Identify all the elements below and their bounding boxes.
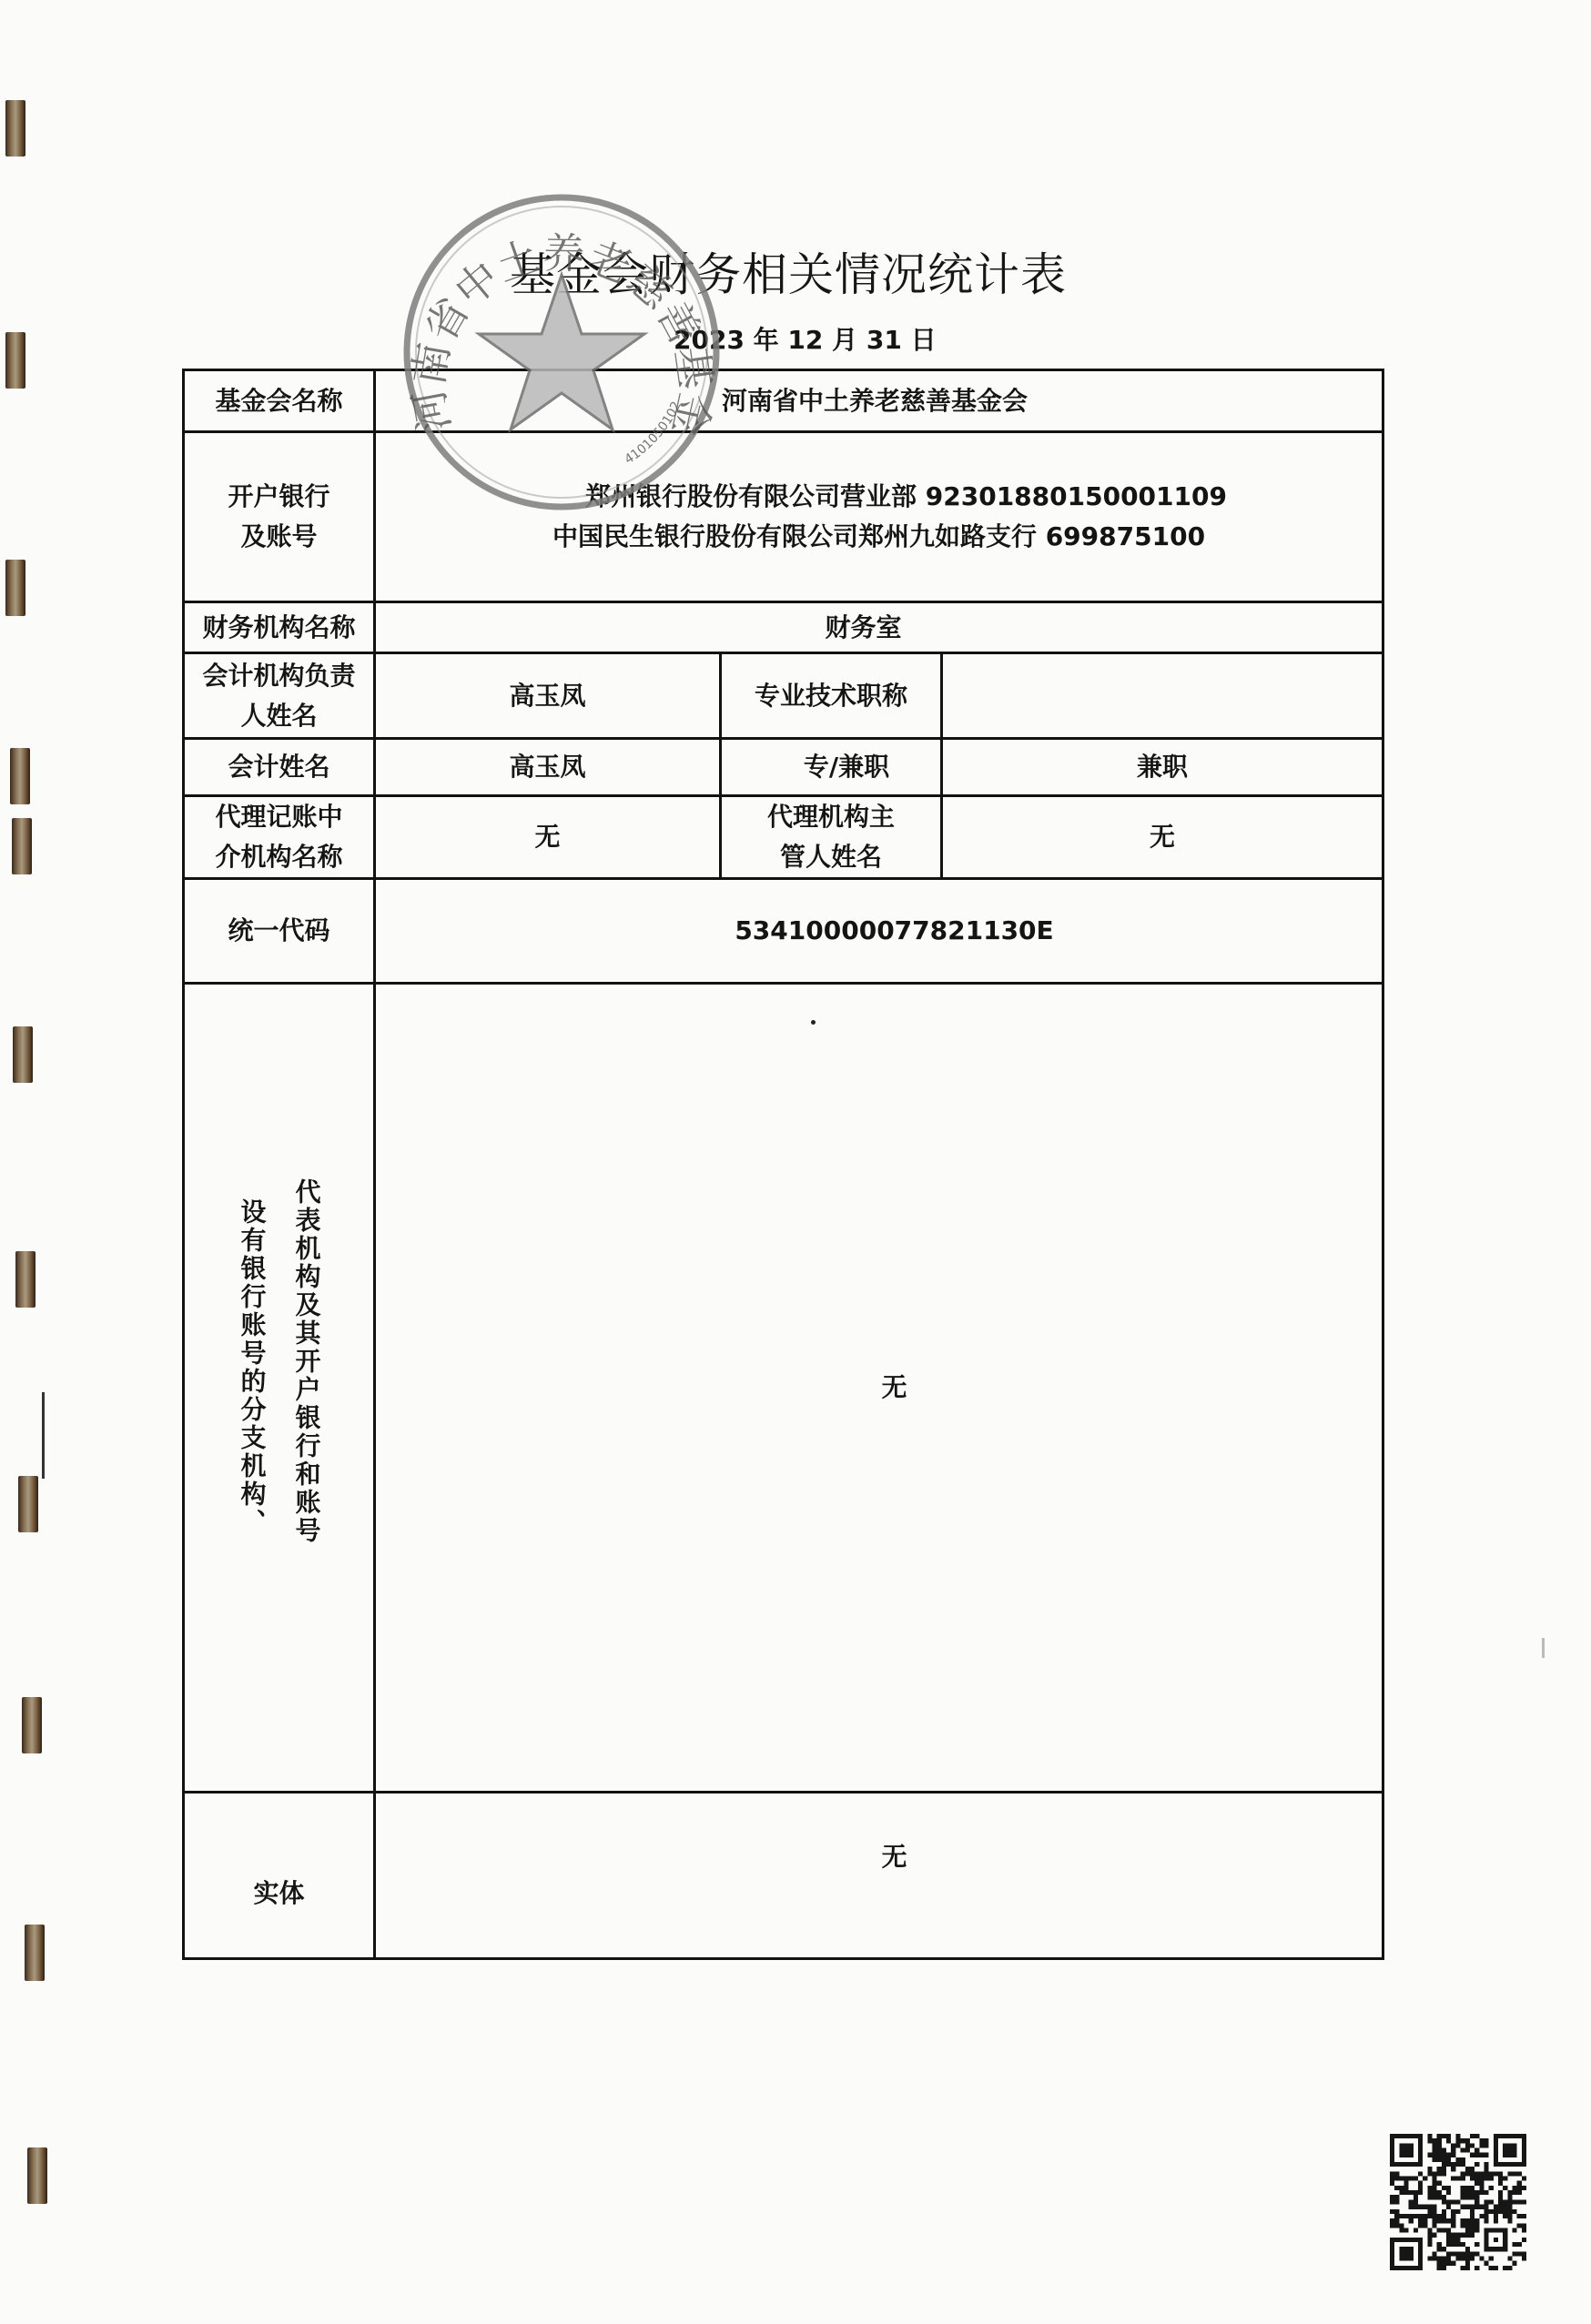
finance-dept-value: 财务室 <box>375 602 1383 653</box>
table-row-entities: 实体 无 <box>184 1793 1383 1959</box>
entities-label: 实体 <box>184 1793 375 1959</box>
branches-label: 设有银行账号的分支机构、代表机构及其开户银行和账号 <box>184 984 375 1793</box>
financial-info-table: 基金会名称 河南省中土养老慈善基金会 开户银行 及账号 郑州银行股份有限公司营业… <box>182 369 1384 1960</box>
agency-manager-label-line1: 代理机构主 <box>727 797 935 837</box>
foundation-name-value: 河南省中土养老慈善基金会 <box>375 370 1383 432</box>
binding-hole <box>5 560 25 616</box>
binding-hole <box>5 332 25 389</box>
binding-hole <box>27 2147 47 2204</box>
accountant-value: 高玉凤 <box>375 739 721 796</box>
table-row-unified-code: 统一代码 53410000077821130E <box>184 879 1383 984</box>
accounting-head-value: 高玉凤 <box>375 653 721 739</box>
bank-accounts-label-line1: 开户银行 <box>190 477 368 517</box>
agency-manager-label: 代理机构主 管人姓名 <box>721 796 942 879</box>
binding-hole <box>22 1697 42 1753</box>
bank-account-1: 郑州银行股份有限公司营业部 92301880150001109 <box>381 477 1376 517</box>
binding-hole <box>18 1476 38 1532</box>
bank-account-2: 中国民生银行股份有限公司郑州九如路支行 699875100 <box>381 517 1376 557</box>
table-row-branches: 设有银行账号的分支机构、代表机构及其开户银行和账号 无 <box>184 984 1383 1793</box>
accounting-head-label-line1: 会计机构负责 <box>190 656 368 696</box>
accountant-label: 会计姓名 <box>184 739 375 796</box>
unified-code-label: 统一代码 <box>184 879 375 984</box>
binding-hole <box>10 748 30 804</box>
agency-manager-value: 无 <box>942 796 1383 879</box>
document-title: 基金会财务相关情况统计表 <box>510 238 1329 304</box>
document-date: 2023 年 12 月 31 日 <box>674 320 937 357</box>
accounting-head-label: 会计机构负责 人姓名 <box>184 653 375 739</box>
finance-dept-label: 财务机构名称 <box>184 602 375 653</box>
qr-code-icon <box>1390 2134 1526 2270</box>
bank-accounts-value: 郑州银行股份有限公司营业部 92301880150001109 中国民生银行股份… <box>375 432 1383 602</box>
employment-type-label: 专/兼职 <box>721 739 942 796</box>
branches-label-col2: 代表机构及其开户银行和账号 <box>292 1178 322 1545</box>
table-row-accountant: 会计姓名 高玉凤 专/兼职 兼职 <box>184 739 1383 796</box>
binding-hole <box>13 1026 33 1083</box>
bank-accounts-label: 开户银行 及账号 <box>184 432 375 602</box>
employment-type-value: 兼职 <box>942 739 1383 796</box>
edge-mark <box>1542 1638 1545 1658</box>
binding-hole <box>15 1251 35 1308</box>
binding-thread <box>42 1392 45 1479</box>
branches-value: 无 <box>375 984 1383 1793</box>
table-row-accounting-head: 会计机构负责 人姓名 高玉凤 专业技术职称 <box>184 653 1383 739</box>
agency-manager-label-line2: 管人姓名 <box>727 837 935 877</box>
bank-accounts-label-line2: 及账号 <box>190 517 368 557</box>
accounting-head-label-line2: 人姓名 <box>190 696 368 736</box>
agency-label-line2: 介机构名称 <box>190 837 368 877</box>
stray-dot <box>811 1020 816 1025</box>
branches-label-col1: 设有银行账号的分支机构、 <box>238 1198 268 1537</box>
table-row-agency: 代理记账中 介机构名称 无 代理机构主 管人姓名 无 <box>184 796 1383 879</box>
professional-title-value <box>942 653 1383 739</box>
entities-value: 无 <box>375 1793 1383 1959</box>
binding-hole <box>25 1925 45 1981</box>
professional-title-label: 专业技术职称 <box>721 653 942 739</box>
table-row-finance-dept: 财务机构名称 财务室 <box>184 602 1383 653</box>
agency-label-line1: 代理记账中 <box>190 797 368 837</box>
foundation-name-label: 基金会名称 <box>184 370 375 432</box>
table-row-bank-accounts: 开户银行 及账号 郑州银行股份有限公司营业部 92301880150001109… <box>184 432 1383 602</box>
table-row-foundation-name: 基金会名称 河南省中土养老慈善基金会 <box>184 370 1383 432</box>
unified-code-value: 53410000077821130E <box>375 879 1383 984</box>
binding-hole <box>12 818 32 874</box>
agency-label: 代理记账中 介机构名称 <box>184 796 375 879</box>
agency-value: 无 <box>375 796 721 879</box>
binding-hole <box>5 100 25 157</box>
branches-label-text: 设有银行账号的分支机构、代表机构及其开户银行和账号 <box>225 1198 334 1565</box>
